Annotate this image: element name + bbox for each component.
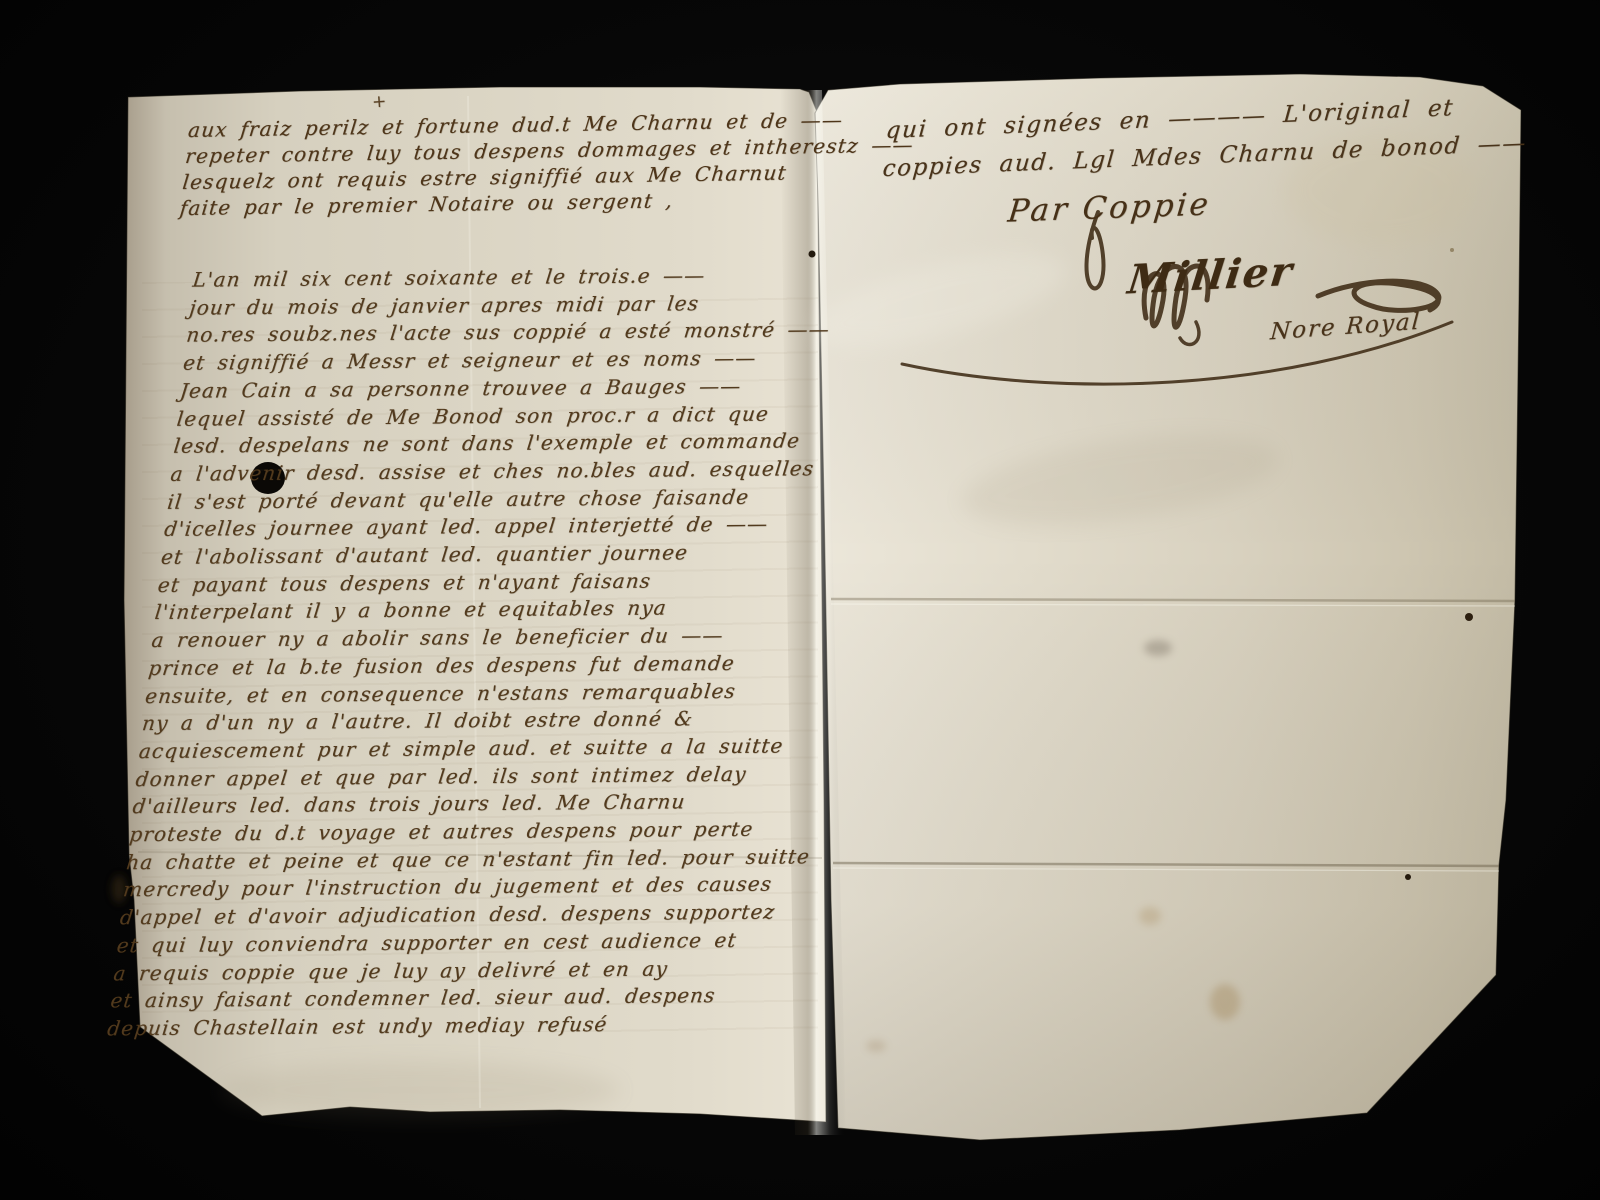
ink-hole: [251, 462, 285, 494]
manuscript-paper: [0, 0, 1600, 1200]
ink-speck: [1450, 248, 1454, 252]
bottom-shade: [220, 1062, 620, 1118]
ink-speck: [809, 251, 816, 258]
stain: [1139, 907, 1161, 925]
stain: [1210, 984, 1240, 1020]
ink-smudge: [1144, 640, 1172, 656]
stain: [866, 1040, 886, 1052]
water-stain: [1285, 135, 1475, 245]
ink-speck: [1465, 613, 1473, 621]
edge-stain: [112, 875, 126, 903]
manuscript-photo: + aux fraiz perilz et fortune dud.t Me C…: [0, 0, 1600, 1200]
ink-speck: [1405, 874, 1411, 880]
